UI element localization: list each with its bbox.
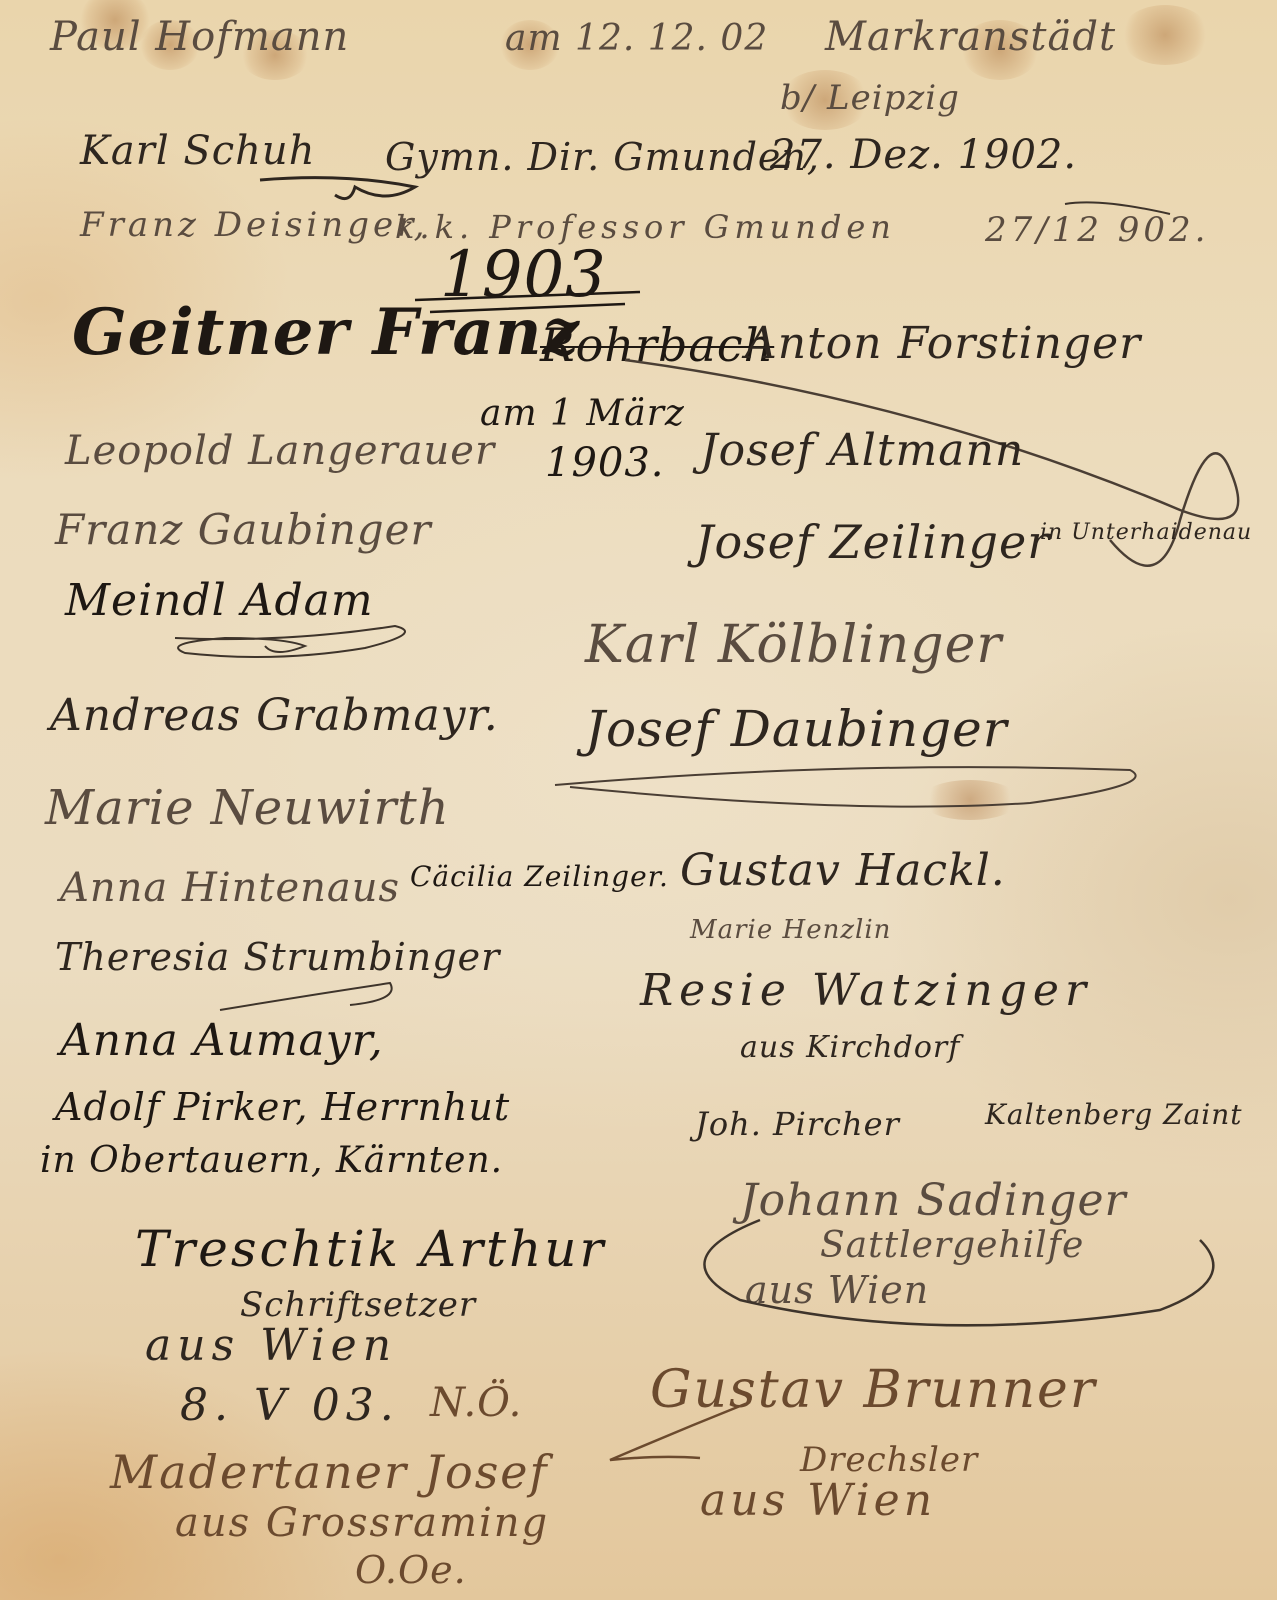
entry-treschtik-place: aus Wien [145, 1320, 397, 1371]
entry-henzlin-name: Marie Henzlin [690, 915, 891, 945]
entry-pircher-name: Joh. Pircher [695, 1105, 900, 1143]
entry-daubinger-name: Josef Daubinger [585, 700, 1008, 758]
entry-brunner-name: Gustav Brunner [650, 1360, 1097, 1420]
entry-hintenaus-name: Anna Hintenaus [60, 865, 400, 911]
entry-watzinger-place: aus Kirchdorf [740, 1030, 960, 1065]
entry-aumayr-name: Anna Aumayr, [60, 1015, 384, 1066]
entry-hofmann-date: am 12. 12. 02 [505, 18, 768, 59]
entry-schuh-date: 27. Dez. 1902. [770, 132, 1077, 178]
entry-madertaner-region: O.Oe. [355, 1548, 467, 1592]
entry-sadinger-name: Johann Sadinger [740, 1175, 1127, 1226]
entry-treschtik-name: Treschtik Arthur [135, 1220, 606, 1278]
entry-hofmann-place: Markranstädt [825, 14, 1116, 60]
entry-date-line1: am 1 März [480, 393, 685, 434]
entry-koeblinger-name: Karl Kölblinger [585, 615, 1002, 675]
entry-pirker-name: Adolf Pirker, Herrnhut [55, 1085, 510, 1129]
entry-sadinger-trade: Sattlergehilfe [820, 1225, 1084, 1266]
entry-zeilinger-caecilia-name: Cäcilia Zeilinger. [410, 860, 669, 893]
entry-hackl-name: Gustav Hackl. [680, 845, 1006, 896]
entry-grabmayr-name: Andreas Grabmayr. [50, 690, 499, 741]
entry-forstinger-name: Anton Forstinger [745, 318, 1141, 369]
entry-brunner-trade: Drechsler [800, 1440, 978, 1480]
entry-pircher-place: Kaltenberg Zaint [985, 1098, 1243, 1131]
entry-schuh-title: Gymn. Dir. Gmunden, [385, 135, 820, 179]
entry-schuh-name: Karl Schuh [80, 128, 315, 174]
entry-gaubinger-franz-name: Franz Gaubinger [55, 505, 432, 554]
entry-zeilinger-josef-name: Josef Zeilinger [695, 515, 1050, 569]
entry-langerauer-name: Leopold Langerauer [65, 428, 495, 474]
entry-meindl-name: Meindl Adam [65, 575, 374, 626]
water-stain [1120, 5, 1210, 65]
entry-hofmann-place2: b/ Leipzig [780, 78, 960, 118]
entry-neuwirth-name: Marie Neuwirth [45, 780, 450, 836]
entry-deisinger-name: Franz Deisinger, [80, 205, 428, 245]
water-stain [920, 780, 1020, 820]
entry-deisinger-date: 27/12 902. [985, 210, 1210, 250]
entry-date-line2: 1903. [545, 440, 665, 486]
entry-hofmann-name: Paul Hofmann [50, 14, 349, 60]
entry-treschtik-initials: N.Ö. [430, 1380, 522, 1426]
entry-madertaner-name: Madertaner Josef [110, 1445, 549, 1499]
entry-zeilinger-josef-place: in Unterhaidenau [1040, 520, 1252, 545]
entry-geitner-struck-place: Rohrbach [540, 318, 774, 372]
entry-strumbinger-name: Theresia Strumbinger [55, 935, 500, 979]
entry-watzinger-name: Resie Watzinger [640, 965, 1092, 1016]
entry-treschtik-trade: Schriftsetzer [240, 1285, 476, 1325]
entry-madertaner-place: aus Grossraming [175, 1500, 549, 1546]
guestbook-page: Paul Hofmann am 12. 12. 02 Markranstädt … [0, 0, 1277, 1600]
entry-brunner-place: aus Wien [700, 1475, 936, 1526]
entry-altmann-name: Josef Altmann [700, 425, 1024, 476]
entry-pirker-place: in Obertauern, Kärnten. [40, 1140, 503, 1181]
entry-sadinger-place: aus Wien [745, 1268, 929, 1312]
entry-geitner-name: Geitner Franz [72, 295, 580, 370]
entry-treschtik-date: 8. V 03. [180, 1380, 400, 1431]
